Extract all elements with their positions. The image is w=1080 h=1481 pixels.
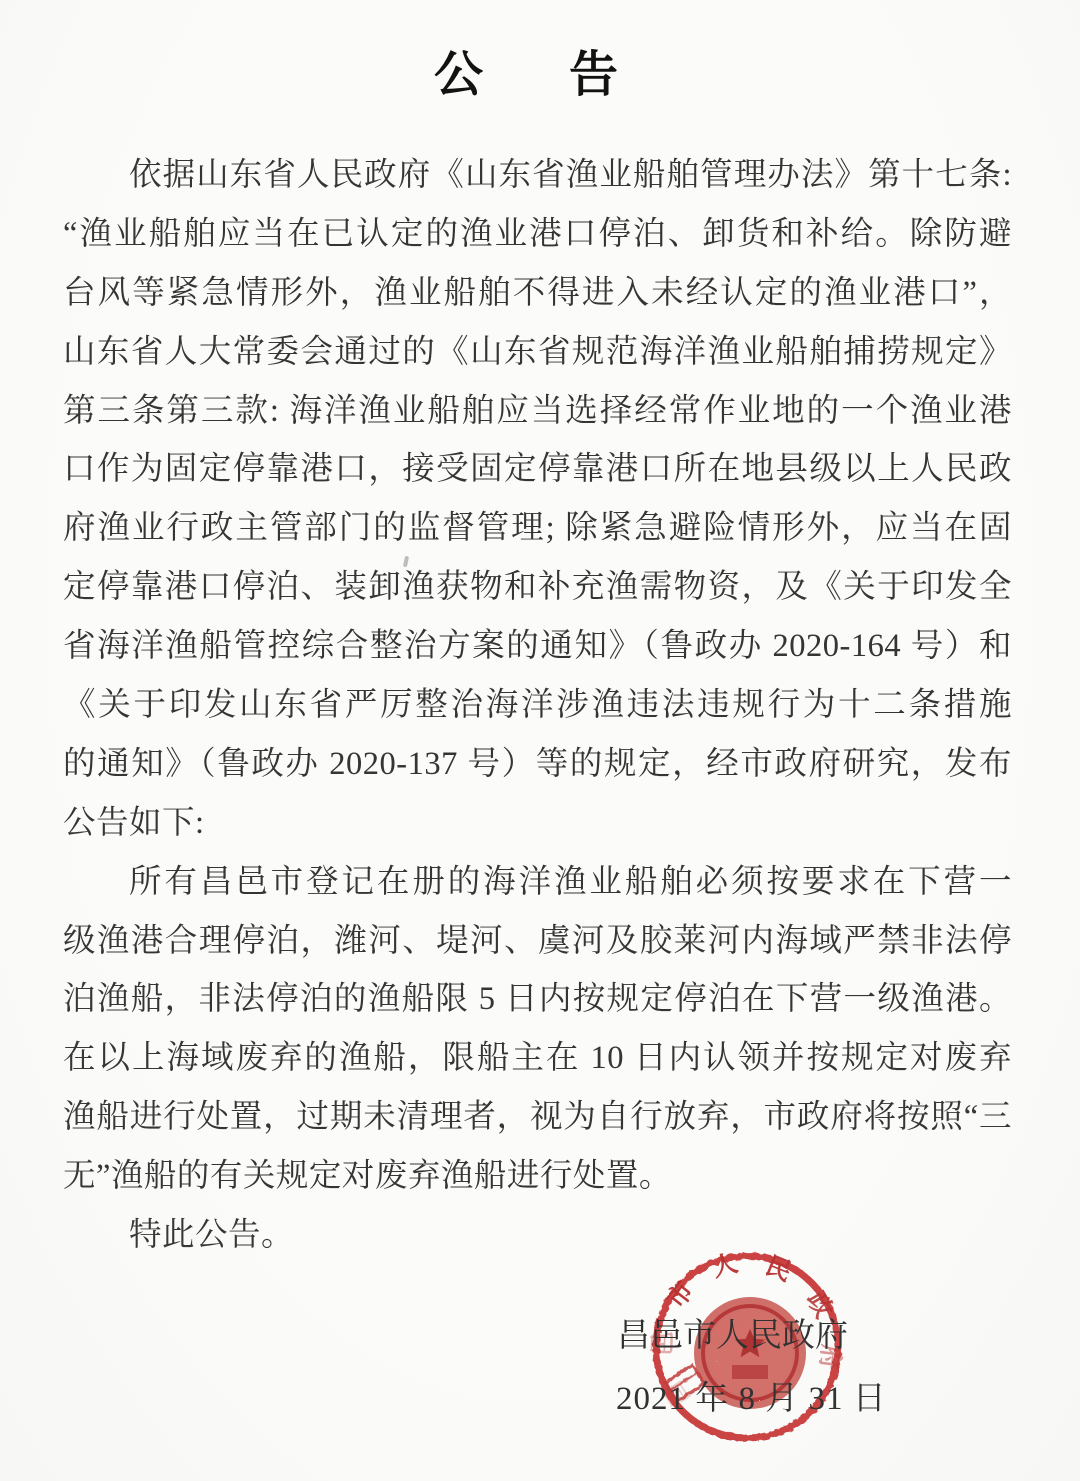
body-line: 府渔业行政主管部门的监督管理; 除紧急避险情形外，应当在固	[63, 499, 1012, 558]
announcement-document: 公告 依据山东省人民政府《山东省渔业船舶管理办法》第十七条: “渔业船舶应当在已…	[0, 0, 1080, 1481]
body-line: 依据山东省人民政府《山东省渔业船舶管理办法》第十七条:	[63, 146, 1012, 205]
signature-date: 2021 年 8 月 31 日	[616, 1379, 887, 1419]
body-line: “渔业船舶应当在已认定的渔业港口停泊、卸货和补给。除防避	[63, 205, 1012, 264]
signature-name: 昌邑市人民政府	[617, 1316, 848, 1356]
body-line: 级渔港合理停泊，潍河、堤河、虞河及胶莱河内海域严禁非法停	[63, 912, 1012, 971]
body-line: 泊渔船，非法停泊的渔船限 5 日内按规定停泊在下营一级渔港。	[63, 970, 1012, 1029]
body-line: 第三条第三款: 海洋渔业船舶应当选择经常作业地的一个渔业港	[63, 382, 1012, 441]
body-line: 无”渔船的有关规定对废弃渔船进行处置。	[63, 1147, 1012, 1206]
body-line: 公告如下:	[63, 794, 1012, 853]
body-line: 《关于印发山东省严厉整治海洋涉渔违法违规行为十二条措施	[63, 676, 1012, 735]
body-line: 渔船进行处置，过期未清理者，视为自行放弃，市政府将按照“三	[63, 1088, 1012, 1147]
body-line: 特此公告。	[63, 1206, 1012, 1265]
body-line: 台风等紧急情形外，渔业船舶不得进入未经认定的渔业港口”，	[63, 264, 1012, 323]
body-line: 所有昌邑市登记在册的海洋渔业船舶必须按要求在下营一	[63, 853, 1012, 912]
body-line: 在以上海域废弃的渔船，限船主在 10 日内认领并按规定对废弃	[63, 1029, 1012, 1088]
announcement-body: 依据山东省人民政府《山东省渔业船舶管理办法》第十七条: “渔业船舶应当在已认定的…	[63, 146, 1012, 1265]
body-line: 的通知》（鲁政办 2020-137 号）等的规定，经市政府研究，发布	[63, 735, 1012, 794]
body-line: 定停靠港口停泊、装卸渔获物和补充渔需物资，及《关于印发全	[63, 558, 1012, 617]
page-title: 公告	[0, 44, 1066, 106]
body-line: 口作为固定停靠港口，接受固定停靠港口所在地县级以上人民政	[63, 440, 1012, 499]
body-line: 山东省人大常委会通过的《山东省规范海洋渔业船舶捕捞规定》	[63, 323, 1012, 382]
body-line: 省海洋渔船管控综合整治方案的通知》（鲁政办 2020-164 号）和	[63, 617, 1012, 676]
